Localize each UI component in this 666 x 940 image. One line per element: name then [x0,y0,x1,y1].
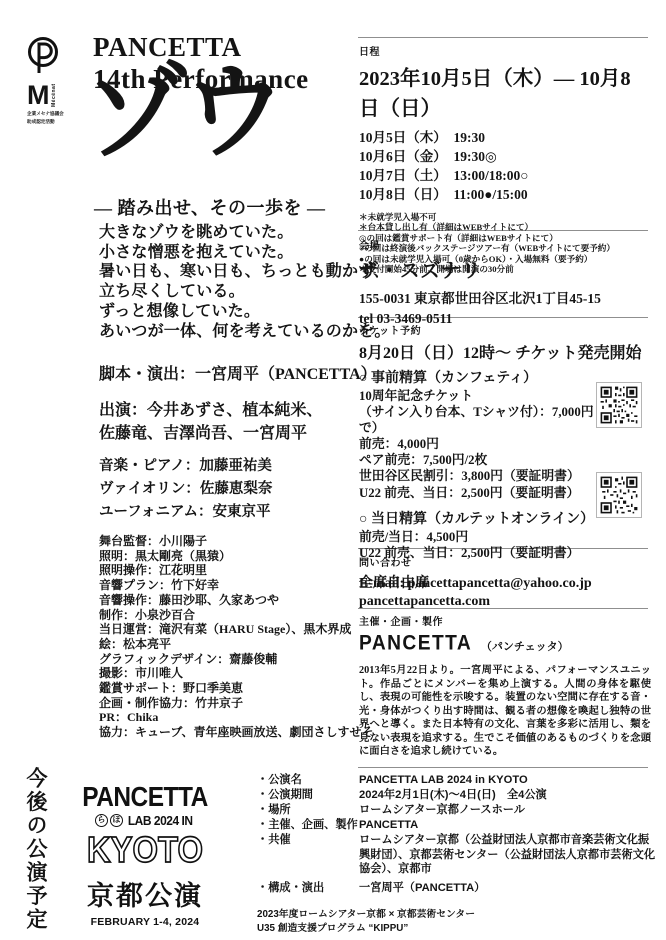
credit-music-line: ユーフォニアム：安東京平 [99,501,377,524]
venue-address: 155-0031 東京都世田谷区北沢1丁目45-15 [359,289,651,309]
kyoto-outline-text: KYOTO [87,830,203,868]
schedule-heading: 2023年10月5日（木）― 10月8日（日） [359,61,651,121]
organizer-label: 主催・企画・製作 [359,613,651,628]
schedule-rows: 10月5日（木） 19:30 10月6日（金） 19:30◎ 10月7日（土） … [359,128,651,204]
kyoto-logo-badge-ho: ほ [110,814,123,827]
kyoto-outline-wordmark: KYOTO [84,830,206,868]
qr-pattern-icon [599,385,639,425]
venue-section: 会場 ザ・スズナリ 155-0031 東京都世田谷区北沢1丁目45-15 tel… [359,237,651,328]
schedule-row: 10月5日（木） 19:30 [359,128,651,147]
credit-staff-line: 撮影：市川唯人 [99,666,377,681]
credit-cast-line: 佐藤竜、吉澤尚吾、一宮周平 [99,423,377,446]
poem-line: あいつが一体、何を考えているのかを。 [99,322,391,342]
mecenat-caption-2: 助成認定活動 [27,119,73,125]
schedule-row: 10月7日（土） 13:00/18:00○ [359,166,651,185]
ticket-line: 前売/当日：4,500円 [359,529,651,545]
divider [358,37,648,38]
credit-music-line: ヴァイオリン：佐藤恵梨奈 [99,478,377,501]
upcoming-details: ・公演名 PANCETTA LAB 2024 in KYOTO ・公演期間 20… [257,773,659,936]
credit-staff-line: 当日運営：滝沢有菜（HARU Stage）、黒木界成 [99,622,377,637]
contact-section: 問い合わせ E-mail: pancettapancetta@yahoo.co.… [359,554,651,611]
kyoto-logo-date: FEBRUARY 1-4, 2024 [82,916,208,928]
detail-value: ロームシアター京都（公益財団法人京都市音楽芸術文化振興財団）、京都芸術センター（… [359,833,659,878]
credit-staff-line: 鑑賞サポート：野口季美恵 [99,681,377,696]
kyoto-logo-pancetta: PANCETTA [81,782,210,814]
detail-row: ・共催 ロームシアター京都（公益財団法人京都市音楽芸術文化振興財団）、京都芸術セ… [257,833,659,878]
credit-staff-line: 音響プラン：竹下好幸 [99,578,377,593]
detail-row: ・構成・演出 一宮周平（PANCETTA） [257,881,659,896]
mecenat-m-icon: M [27,82,73,109]
qr-code-sameday [596,472,642,518]
tickets-heading: 8月20日（日）12時〜 チケット発売開始 [359,340,651,363]
poem: 大きなゾウを眺めていた。 小さな憎悪を抱えていた。 暑い日も、寒い日も、ちっとも… [99,223,391,341]
pancetta-p-logo [26,35,60,80]
kyoto-logo-kanji: 京都公演 [82,874,208,913]
kyoto-logo-lab-line: LAB 2024 IN [128,813,193,828]
kyoto-logo-badge-ra: ら [95,814,108,827]
credit-staff: 舞台監督：小川陽子 照明：黒太剛亮（黒猿） 照明操作：江花明里 音響プラン：竹下… [99,534,377,740]
detail-value: ロームシアター京都ノースホール [359,803,659,818]
upcoming-footnote: U35 創造支援プログラム “KIPPU” [257,922,659,936]
credit-staff-line: PR：Chika [99,710,377,725]
poem-line: 小さな憎悪を抱えていた。 [99,243,391,263]
credit-music: 音楽・ピアノ：加藤亜祐美 ヴァイオリン：佐藤恵梨奈 ユーフォニアム：安東京平 [99,455,377,524]
detail-label: ・主催、企画、製作 [257,818,359,833]
credit-staff-line: 舞台監督：小川陽子 [99,534,377,549]
credit-cast: 出演：今井あずさ、植本純米、 佐藤竜、吉澤尚吾、一宮周平 [99,400,377,445]
tickets-section: チケット予約 8月20日（日）12時〜 チケット発売開始 ○ 事前精算（カンフェ… [359,322,651,592]
credit-script-direction: 脚本・演出：一宮周平（PANCETTA） [99,361,377,384]
upcoming-footnote: 2023年度ロームシアター京都 × 京都芸術センター [257,908,659,922]
detail-label: ・共催 [257,833,359,878]
credit-cast-line: 出演：今井あずさ、植本純米、 [99,400,377,423]
schedule-note: ＊未就学児入場不可 [359,212,651,222]
detail-value: 一宮周平（PANCETTA） [359,881,659,896]
organizer-name-kana: （パンチェッタ） [481,638,569,654]
detail-label: ・構成・演出 [257,881,359,896]
detail-value: PANCETTA LAB 2024 in KYOTO [359,773,659,788]
organizer-section: 主催・企画・製作 PANCETTA （パンチェッタ） 2013年5月22日より。… [359,613,651,759]
contact-label: 問い合わせ [359,554,651,569]
credit-music-line: 音楽・ピアノ：加藤亜祐美 [99,455,377,478]
detail-label: ・場所 [257,803,359,818]
qr-pattern-icon [599,475,639,515]
organizer-logo: PANCETTA [359,631,472,656]
credit-staff-line: グラフィックデザイン：齋藤俊輔 [99,652,377,667]
poem-line: ずっと想像していた。 [99,302,391,322]
p-logo-icon [26,35,60,75]
credit-staff-line: 協力：キューブ、青年座映画放送、劇団さしすせそ [99,725,377,740]
credit-staff-line: 制作：小泉沙百合 [99,608,377,623]
venue-label: 会場 [359,237,651,252]
credit-staff-line: 照明操作：江花明里 [99,563,377,578]
ticket-line: 前売：4,000円 [359,436,651,452]
contact-website: pancettapancetta.com [359,593,651,611]
schedule-row: 10月8日（日） 11:00●/15:00 [359,185,651,204]
upcoming-vertical-label: 今後の公演予定 [21,767,51,932]
detail-row: ・場所 ロームシアター京都ノースホール [257,803,659,818]
poem-line: 立ち尽くしている。 [99,282,391,302]
tagline: ― 踏み出せ、その一歩を ― [94,194,325,220]
credit-staff-line: 音響操作：藤田沙耶、久家あつや [99,593,377,608]
detail-value: 2024年2月1日(木)〜4日(日) 全4公演 [359,788,659,803]
ticket-line: ペア前売：7,500円/2枚 [359,452,651,468]
detail-row: ・公演期間 2024年2月1日(木)〜4日(日) 全4公演 [257,788,659,803]
mecenat-logo: M Mécénat 企業メセナ協議会 助成認定活動 [27,82,73,124]
detail-value: PANCETTA [359,818,659,833]
schedule-row: 10月6日（金） 19:30◎ [359,147,651,166]
organizer-description: 2013年5月22日より。一宮周平による、パフォーマンスユニット。作品ごとにメン… [359,664,651,759]
poem-line: 暑い日も、寒い日も、ちっとも動かず、 [99,262,391,282]
credit-staff-line: 企画・制作協力：竹井京子 [99,696,377,711]
kyoto-lab-logo: PANCETTA ら ほ LAB 2024 IN KYOTO 京都公演 FEBR… [82,782,208,928]
detail-row: ・公演名 PANCETTA LAB 2024 in KYOTO [257,773,659,788]
credit-staff-line: 絵：松本亮平 [99,637,377,652]
qr-code-advance [596,382,642,428]
main-title: ゾウ [84,56,280,172]
detail-label: ・公演名 [257,773,359,788]
tickets-label: チケット予約 [359,322,651,337]
mecenat-side-text: Mécénat [51,83,57,107]
schedule-note: ＊台本貸し出し有（詳細はWEBサイトにて） [359,222,651,232]
credit-staff-line: 照明：黒太剛亮（黒猿） [99,549,377,564]
detail-label: ・公演期間 [257,788,359,803]
detail-row: ・主催、企画、製作 PANCETTA [257,818,659,833]
schedule-label: 日程 [359,43,651,58]
venue-name: ザ・スズナリ [359,255,651,283]
mecenat-caption-1: 企業メセナ協議会 [27,111,73,117]
poem-line: 大きなゾウを眺めていた。 [99,223,391,243]
divider [358,767,648,768]
credits: 脚本・演出：一宮周平（PANCETTA） 出演：今井あずさ、植本純米、 佐藤竜、… [99,361,377,740]
contact-email: E-mail: pancettapancetta@yahoo.co.jp [359,575,651,593]
